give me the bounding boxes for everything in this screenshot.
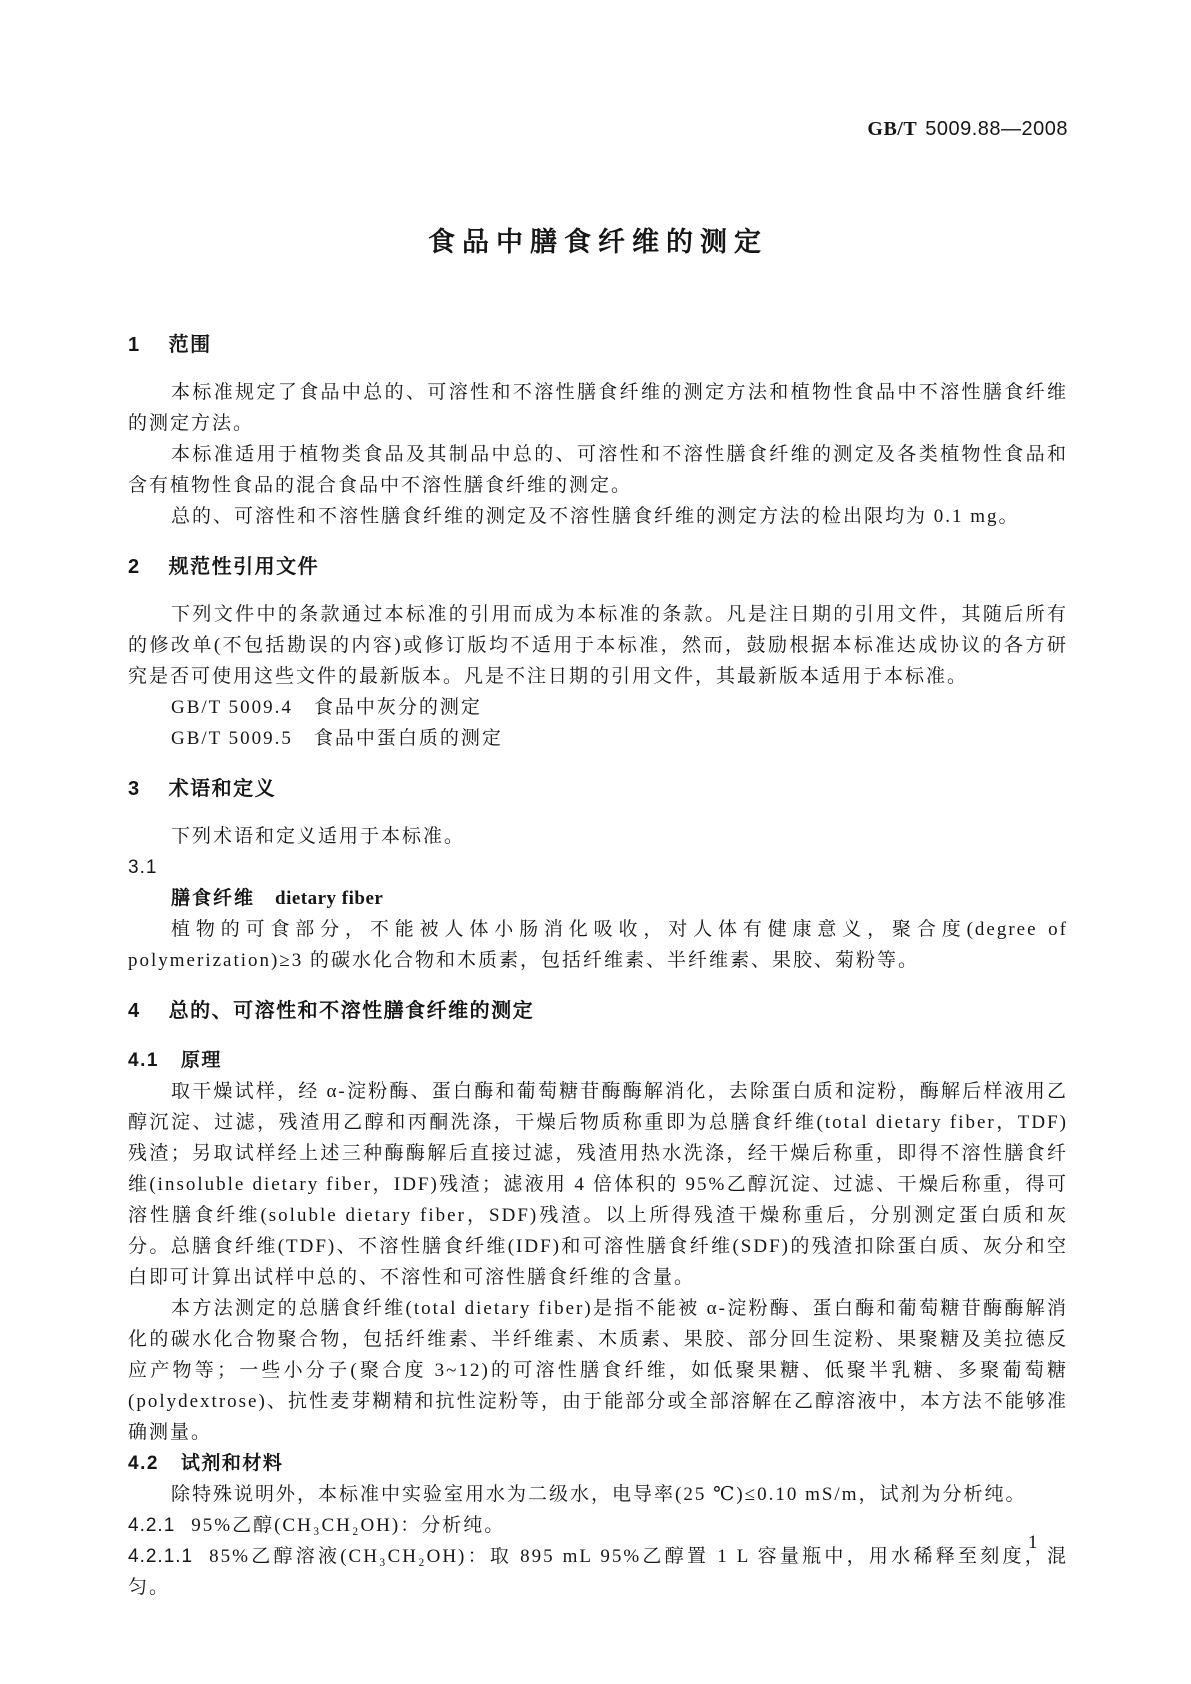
subsection-reagents-title: 试剂和材料 [181,1453,284,1474]
term-english: dietary fiber [275,888,383,909]
scope-paragraph-2: 本标准适用于植物类食品及其制品中总的、可溶性和不溶性膳食纤维的测定及各类植物性食… [128,439,1068,501]
reagent-item-2-number: 4.2.1.1 [128,1546,193,1567]
subsection-principle-title: 原理 [181,1050,222,1071]
term-definition-text: 植物的可食部分，不能被人体小肠消化吸收，对人体有健康意义，聚合度(degree … [128,914,1068,976]
references-paragraph: 下列文件中的条款通过本标准的引用而成为本标准的条款。凡是注日期的引用文件，其随后… [128,599,1068,692]
subsection-principle-heading: 4.1原理 [128,1045,1068,1076]
section-determination-number: 4 [128,1000,141,1022]
standard-code-number: 5009.88—2008 [925,118,1068,140]
reference-item-1: GB/T 5009.4 食品中灰分的测定 [128,692,1068,723]
principle-paragraph-2: 本方法测定的总膳食纤维(total dietary fiber)是指不能被 α-… [128,1293,1068,1448]
section-terms-title: 术语和定义 [169,778,277,800]
standard-code: GB/T5009.88—2008 [867,118,1068,141]
standard-code-prefix: GB/T [867,118,917,140]
document-content: 食品中膳食纤维的测定 1范围 本标准规定了食品中总的、可溶性和不溶性膳食纤维的测… [128,224,1068,1603]
reagent-item-1-text: 95%乙醇(CH₃CH₂OH)：分析纯。 [191,1515,505,1536]
principle-paragraph-1: 取干燥试样，经 α-淀粉酶、蛋白酶和葡萄糖苷酶酶解消化，去除蛋白质和淀粉，酶解后… [128,1076,1068,1293]
reagent-item-1: 4.2.195%乙醇(CH₃CH₂OH)：分析纯。 [128,1510,1068,1541]
document-title: 食品中膳食纤维的测定 [128,224,1068,260]
scope-paragraph-3: 总的、可溶性和不溶性膳食纤维的测定及不溶性膳食纤维的测定方法的检出限均为 0.1… [128,501,1068,532]
section-scope-heading: 1范围 [128,330,1068,361]
subsection-reagents-number: 4.2 [128,1453,159,1474]
section-references-number: 2 [128,556,141,578]
section-references-heading: 2规范性引用文件 [128,552,1068,583]
reagent-item-2: 4.2.1.185%乙醇溶液(CH₃CH₂OH)：取 895 mL 95%乙醇置… [128,1541,1068,1603]
subsection-principle-number: 4.1 [128,1050,159,1071]
term-definition-heading: 膳食纤维dietary fiber [128,883,1068,914]
document-page: GB/T5009.88—2008 食品中膳食纤维的测定 1范围 本标准规定了食品… [0,0,1191,1684]
reference-item-2: GB/T 5009.5 食品中蛋白质的测定 [128,723,1068,754]
subsection-reagents-heading: 4.2试剂和材料 [128,1448,1068,1479]
section-determination-heading: 4总的、可溶性和不溶性膳食纤维的测定 [128,996,1068,1027]
reagent-item-2-text: 85%乙醇溶液(CH₃CH₂OH)：取 895 mL 95%乙醇置 1 L 容量… [128,1546,1068,1598]
section-terms-number: 3 [128,778,141,800]
section-scope-number: 1 [128,334,141,356]
terms-intro: 下列术语和定义适用于本标准。 [128,821,1068,852]
clause-number-3-1: 3.1 [128,852,1068,883]
section-scope-title: 范围 [169,334,212,356]
section-references-title: 规范性引用文件 [169,556,320,578]
section-terms-heading: 3术语和定义 [128,774,1068,805]
page-number: 1 [1028,1532,1038,1554]
reagents-intro: 除特殊说明外，本标准中实验室用水为二级水，电导率(25 ℃)≤0.10 mS/m… [128,1479,1068,1510]
scope-paragraph-1: 本标准规定了食品中总的、可溶性和不溶性膳食纤维的测定方法和植物性食品中不溶性膳食… [128,377,1068,439]
term-chinese: 膳食纤维 [171,888,255,909]
section-determination-title: 总的、可溶性和不溶性膳食纤维的测定 [169,1000,535,1022]
reagent-item-1-number: 4.2.1 [128,1515,175,1536]
